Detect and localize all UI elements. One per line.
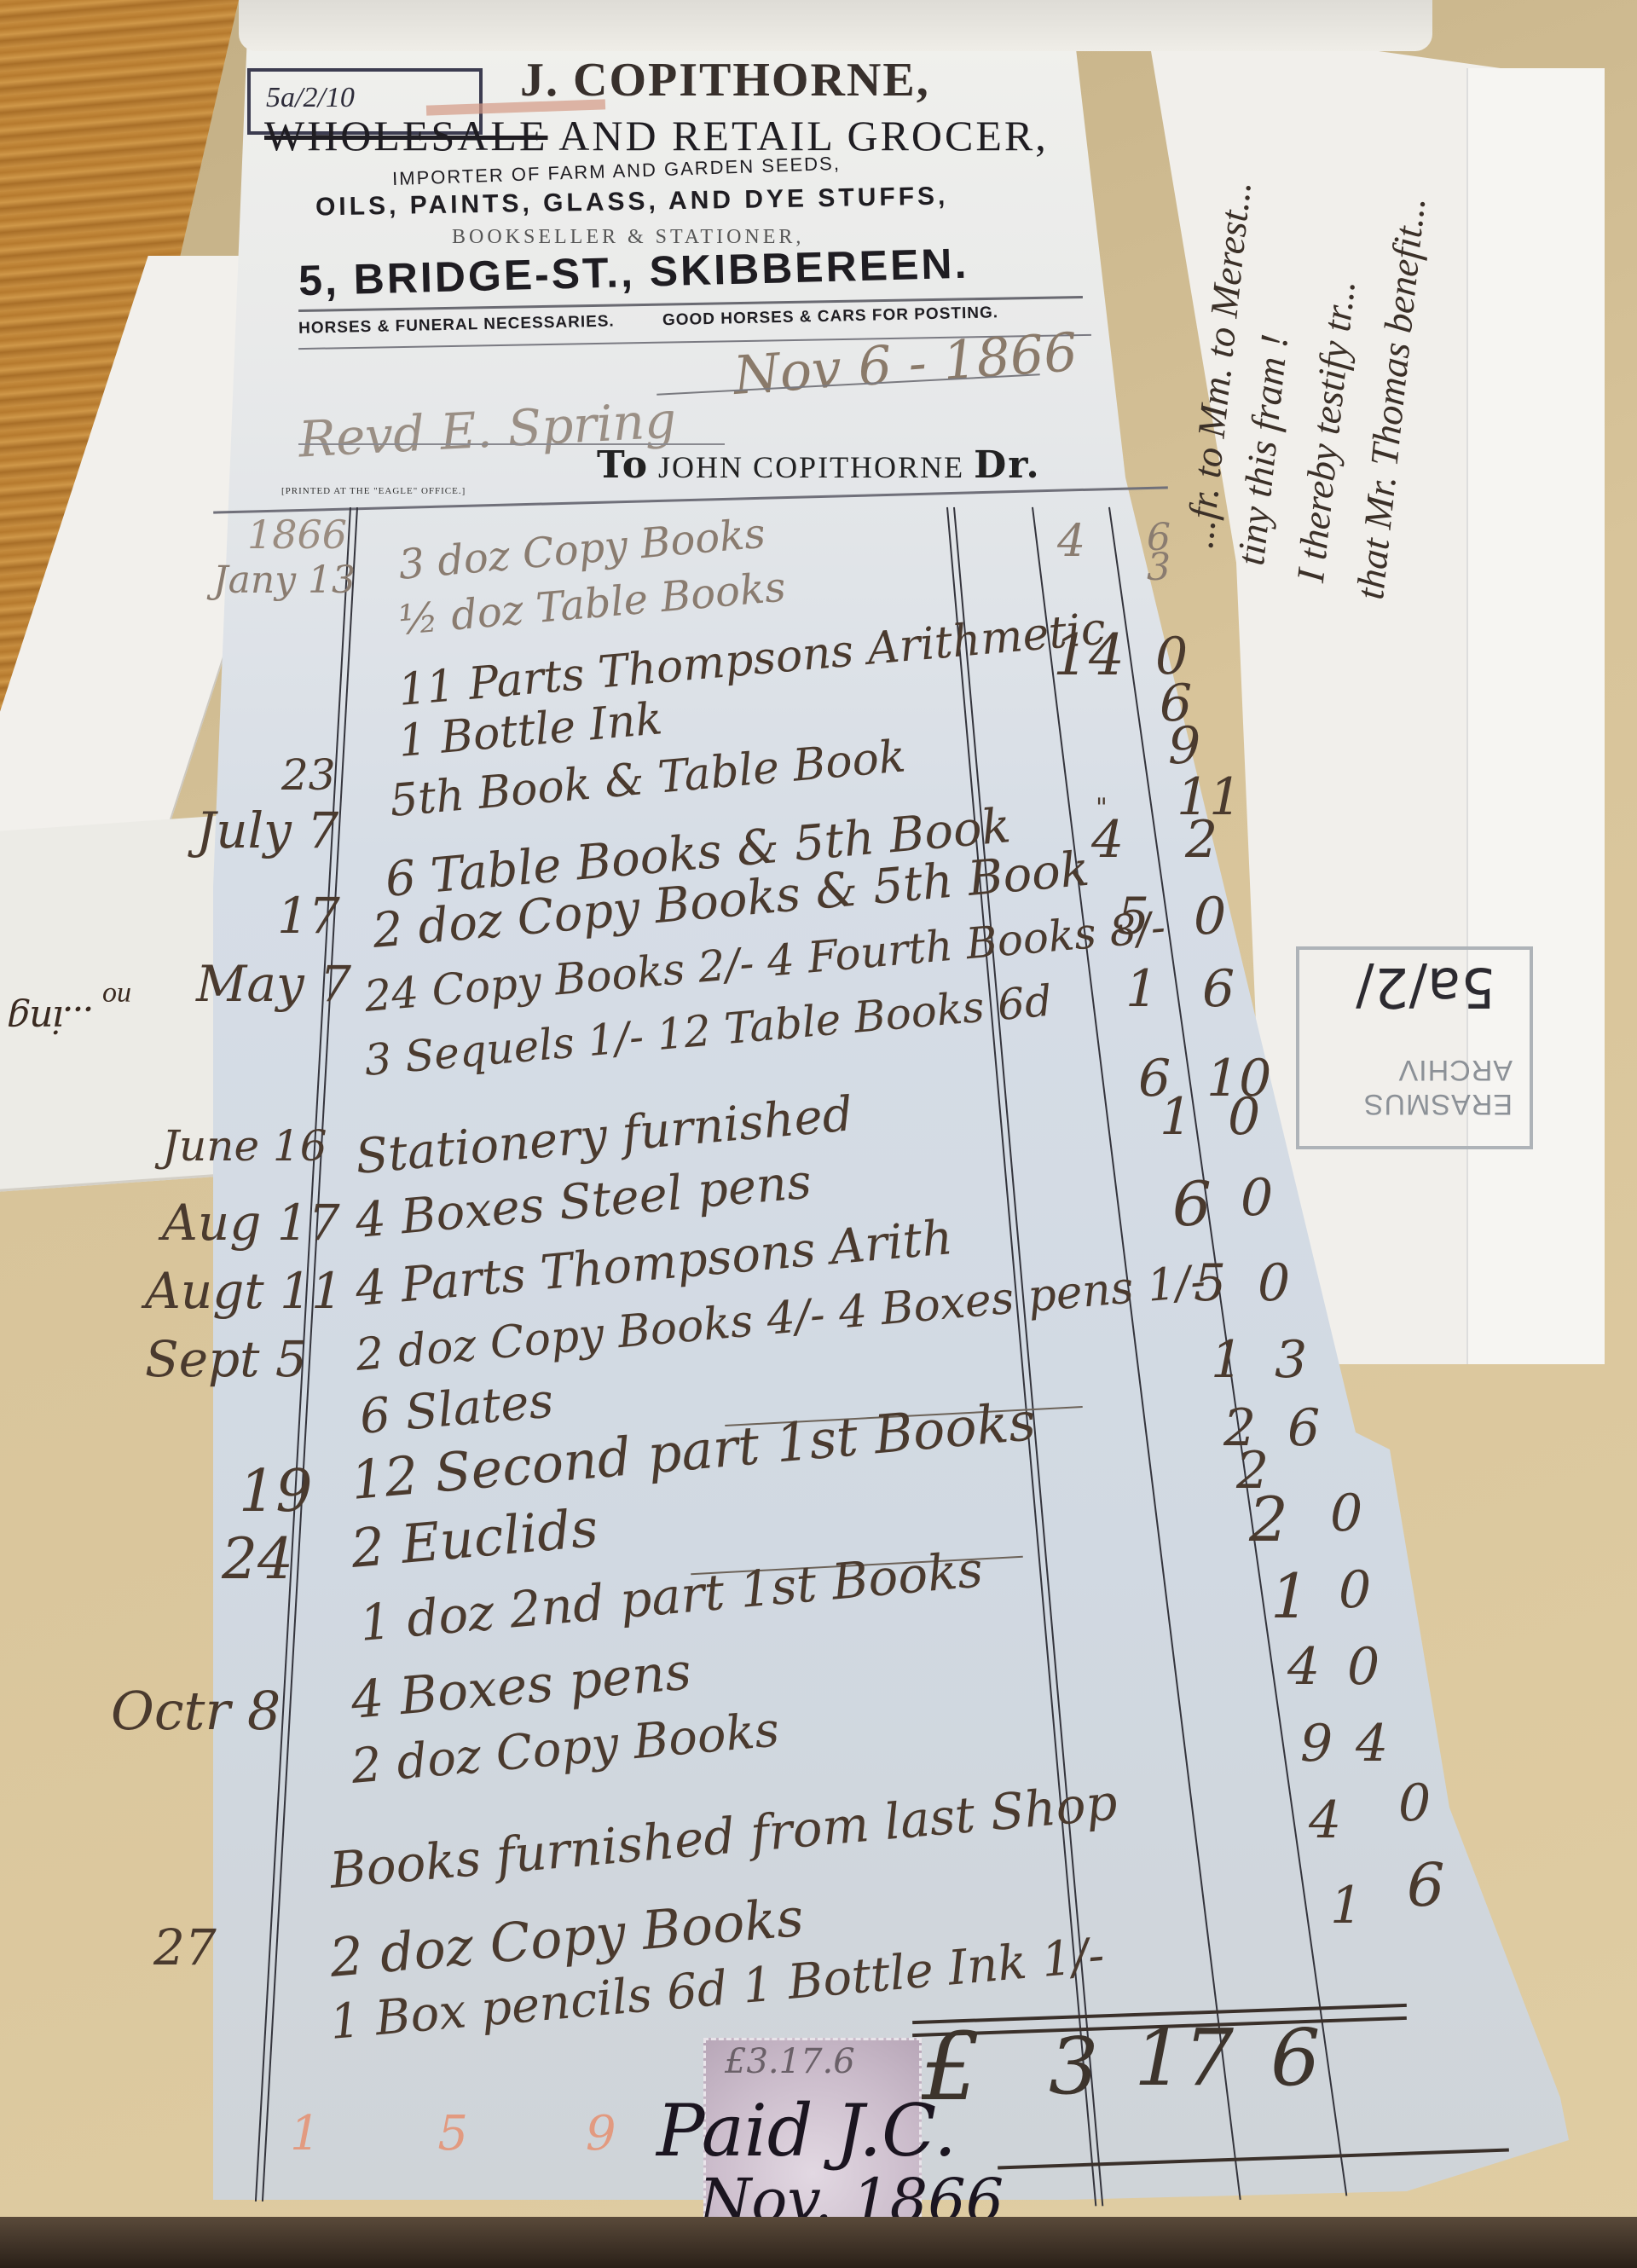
entry-shillings: 14 bbox=[1053, 622, 1125, 688]
entry-pence: 0 bbox=[1339, 1560, 1371, 1620]
merchant-name: JOHN COPITHORNE bbox=[658, 450, 964, 484]
entry-pence: 6 bbox=[1407, 1850, 1445, 1920]
printer-note: [PRINTED AT THE "EAGLE" OFFICE.] bbox=[281, 486, 466, 496]
retail-grocer: AND RETAIL GROCER, bbox=[558, 112, 1049, 159]
entry-shillings: 1 bbox=[1270, 1560, 1310, 1632]
entry-date: Jany 13 bbox=[213, 558, 356, 602]
entry-date: Octr 8 bbox=[111, 1680, 281, 1742]
entry-date: 19 bbox=[239, 1458, 313, 1525]
entry-date: 27 bbox=[153, 1918, 217, 1976]
year-label: 1866 bbox=[247, 512, 347, 558]
entry-shillings: 4 bbox=[1057, 516, 1085, 567]
bottom-shadow bbox=[0, 2217, 1637, 2268]
entry-date: Aug 17 bbox=[162, 1194, 340, 1252]
entry-date: 17 bbox=[277, 887, 340, 945]
entry-shillings: 1 bbox=[1125, 959, 1158, 1019]
invoice-document: 5a/2/10 J. COPITHORNE, WHOLESALE AND RET… bbox=[213, 34, 1577, 2200]
entry-date: 23 bbox=[281, 750, 336, 800]
folded-top-edge bbox=[239, 0, 1432, 51]
stamp-amount: £3.17.6 bbox=[725, 2042, 855, 2081]
entry-pence: 0 bbox=[1241, 1168, 1273, 1228]
entry-date: Sept 5 bbox=[145, 1330, 307, 1388]
entry-pence: 0 bbox=[1398, 1773, 1431, 1833]
entry-shillings: 1 bbox=[1160, 1087, 1192, 1147]
debtor-suffix: Dr. bbox=[974, 443, 1041, 487]
struck-wholesale: WHOLESALE bbox=[264, 112, 548, 159]
entry-shillings: 4 bbox=[1309, 1791, 1341, 1850]
total-pounds: 3 bbox=[1049, 2021, 1099, 2112]
entry-shillings: 1 bbox=[1211, 1330, 1243, 1390]
entry-pence: 0 bbox=[1330, 1484, 1362, 1543]
entry-date: May 7 bbox=[196, 955, 351, 1013]
entry-pence: 3 bbox=[1275, 1330, 1307, 1390]
entry-pence: 0 bbox=[1347, 1637, 1380, 1697]
entry-pence: 2 bbox=[1185, 810, 1218, 870]
paid-signature: Paid J.C. bbox=[657, 2089, 957, 2173]
entry-date: Augt 11 bbox=[145, 1262, 343, 1320]
entry-shillings: 1 bbox=[1330, 1876, 1362, 1935]
proprietor-name: J. COPITHORNE, bbox=[520, 53, 930, 107]
entry-shillings: 4 bbox=[1287, 1637, 1320, 1697]
entry-date: July 7 bbox=[196, 801, 338, 859]
to-line: To JOHN COPITHORNE Dr. bbox=[597, 443, 1041, 487]
entry-pence: 0 bbox=[1228, 1087, 1260, 1147]
entry-pence: 6 bbox=[1287, 1398, 1320, 1458]
entry-shillings: 6 bbox=[1172, 1168, 1212, 1240]
pencil-annotation: 1 5 9 bbox=[290, 2106, 668, 2161]
entry-pence: 4 bbox=[1356, 1714, 1388, 1773]
entry-shillings: 2 bbox=[1249, 1484, 1288, 1555]
entry-shillings: 5 bbox=[1117, 887, 1149, 946]
header-trade-line: WHOLESALE AND RETAIL GROCER, bbox=[264, 111, 1049, 160]
entry-shillings: 9 bbox=[1300, 1714, 1333, 1773]
left-letter-handwriting: ...ing bbox=[9, 998, 95, 1041]
left-letter-handwriting-2: no bbox=[102, 981, 131, 1013]
entry-pence: 3 bbox=[1147, 546, 1171, 589]
to-prefix: To bbox=[597, 443, 649, 487]
entry-pence: 0 bbox=[1258, 1253, 1290, 1313]
entry-pence: 0 bbox=[1194, 887, 1226, 946]
entry-pence: 6 bbox=[1202, 959, 1235, 1019]
entry-date: June 16 bbox=[162, 1121, 327, 1171]
total-pence: 6 bbox=[1270, 2012, 1321, 2103]
total-shillings: 17 bbox=[1134, 2012, 1234, 2103]
entry-date: 24 bbox=[222, 1526, 293, 1592]
entry-shillings: 4 bbox=[1091, 810, 1124, 870]
